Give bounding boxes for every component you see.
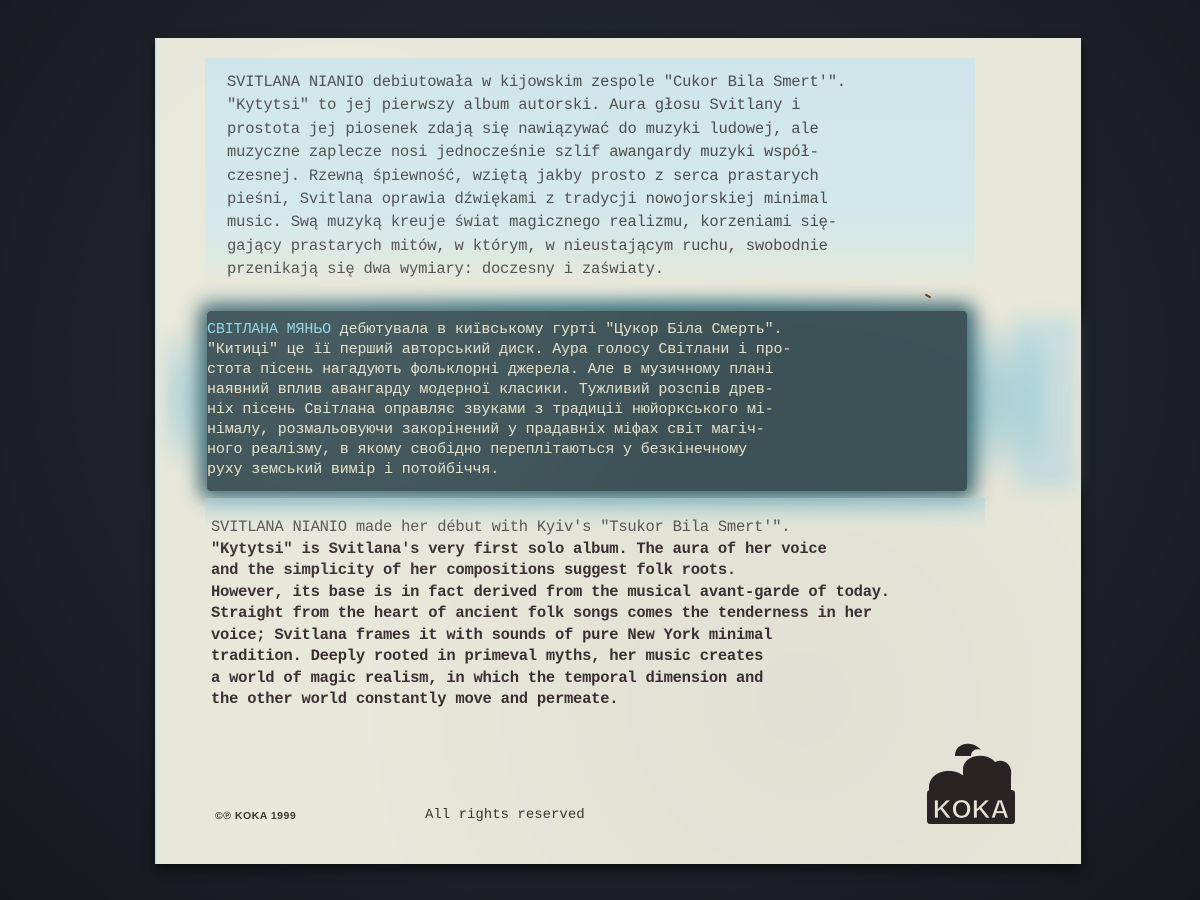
english-line: Straight from the heart of ancient folk … xyxy=(211,603,1071,625)
ukrainian-line-text: дебютувала в київському гурті "Цукор Біл… xyxy=(331,321,782,338)
ukrainian-line: наявний вплив авангарду модерної класики… xyxy=(207,380,977,400)
ukrainian-line-text: німалу, розмальовуючи закорінений у прад… xyxy=(207,421,765,438)
english-description: SVITLANA NIANIO made her début with Kyiv… xyxy=(211,517,1071,711)
ukrainian-line: німалу, розмальовуючи закорінений у прад… xyxy=(207,420,977,440)
ukrainian-line-text: стота пісень нагадують фольклорні джерел… xyxy=(207,361,774,378)
ukrainian-line: ніх пісень Світлана оправляє звуками з т… xyxy=(207,400,977,420)
copyright-notice: ©℗ KOKA 1999 xyxy=(215,810,296,822)
ukrainian-artist-name: СВІТЛАНА МЯНЬО xyxy=(207,321,331,338)
polish-line: "Kytytsi" to jej pierwszy album autorski… xyxy=(227,94,1017,117)
ukrainian-line-text: "Китиці" це її перший авторський диск. А… xyxy=(207,341,791,358)
ukrainian-line-text: ніх пісень Світлана оправляє звуками з т… xyxy=(207,401,774,418)
cd-back-cover: SVITLANA NIANIO debiutowała w kijowskim … xyxy=(155,38,1081,864)
english-line: a world of magic realism, in which the t… xyxy=(211,668,1071,690)
polish-line: pieśni, Svitlana oprawia dźwiękami z tra… xyxy=(227,188,1017,211)
rights-notice: All rights reserved xyxy=(425,807,585,823)
english-line: SVITLANA NIANIO made her début with Kyiv… xyxy=(211,517,1071,539)
polish-line: muzyczne zaplecze nosi jednocześnie szli… xyxy=(227,141,1017,164)
ukrainian-line: руху земський вимір і потойбіччя. xyxy=(207,460,977,480)
ukrainian-line: ного реалізму, в якому свобідно перепліт… xyxy=(207,440,977,460)
polish-line: przenikają się dwa wymiary: doczesny i z… xyxy=(227,258,1017,281)
polish-line: prostota jej piosenek zdają się nawiązyw… xyxy=(227,118,1017,141)
english-line: tradition. Deeply rooted in primeval myt… xyxy=(211,646,1071,668)
polish-line: SVITLANA NIANIO debiutowała w kijowskim … xyxy=(227,71,1017,94)
english-line: and the simplicity of her compositions s… xyxy=(211,560,1071,582)
ukrainian-line-text: наявний вплив авангарду модерної класики… xyxy=(207,381,774,398)
ukrainian-line-text: ного реалізму, в якому свобідно перепліт… xyxy=(207,441,747,458)
english-line: However, its base is in fact derived fro… xyxy=(211,582,1071,604)
english-line: the other world constantly move and perm… xyxy=(211,689,1071,711)
ukrainian-line-text: руху земський вимір і потойбіччя. xyxy=(207,461,499,478)
polish-line: czesnej. Rzewną śpiewność, wziętą jakby … xyxy=(227,165,1017,188)
polish-line: gający prastarych mitów, w którym, w nie… xyxy=(227,235,1017,258)
svg-text:KOKA: KOKA xyxy=(933,794,1010,824)
ukrainian-panel-glow-right xyxy=(1015,318,1075,488)
english-line: "Kytytsi" is Svitlana's very first solo … xyxy=(211,539,1071,561)
polish-description: SVITLANA NIANIO debiutowała w kijowskim … xyxy=(227,71,1017,282)
koka-label-logo-icon: KOKA xyxy=(915,738,1025,828)
english-line: voice; Svitlana frames it with sounds of… xyxy=(211,625,1071,647)
polish-line: music. Swą muzyką kreuje świat magiczneg… xyxy=(227,211,1017,234)
ukrainian-line: стота пісень нагадують фольклорні джерел… xyxy=(207,360,977,380)
ukrainian-line: СВІТЛАНА МЯНЬО дебютувала в київському г… xyxy=(207,320,977,340)
ukrainian-description: СВІТЛАНА МЯНЬО дебютувала в київському г… xyxy=(207,320,977,480)
ukrainian-line: "Китиці" це її перший авторський диск. А… xyxy=(207,340,977,360)
